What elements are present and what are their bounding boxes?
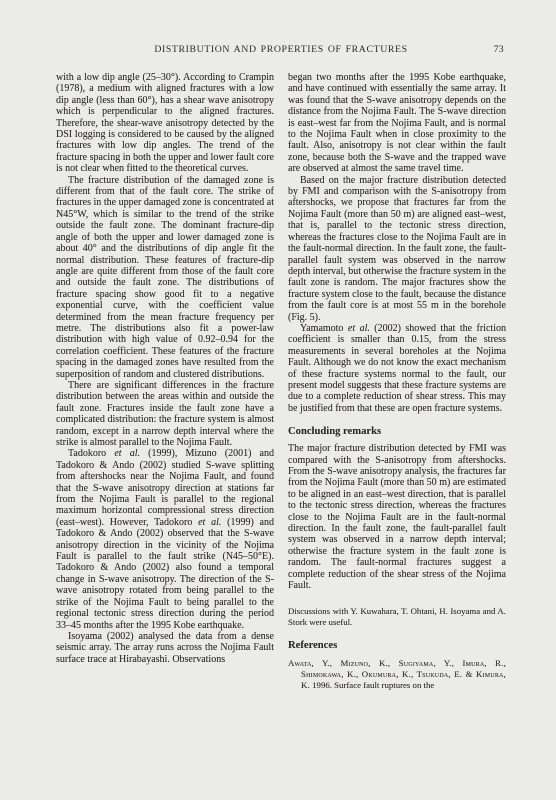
text-columns: with a low dip angle (25–30°). According… (56, 72, 506, 760)
acknowledgement-note: Discussions with Y. Kuwahara, T. Ohtani,… (288, 606, 506, 627)
body-paragraph: The fracture distribution of the damaged… (56, 175, 274, 380)
body-paragraph: with a low dip angle (25–30°). According… (56, 72, 274, 175)
body-paragraph: Isoyama (2002) analysed the data from a … (56, 631, 274, 665)
running-head: DISTRIBUTION AND PROPERTIES OF FRACTURES… (56, 44, 506, 58)
running-head-title: DISTRIBUTION AND PROPERTIES OF FRACTURES (56, 44, 506, 56)
right-column: began two months after the 1995 Kobe ear… (288, 72, 506, 760)
body-paragraph: Yamamoto et al. (2002) showed that the f… (288, 323, 506, 414)
body-paragraph: began two months after the 1995 Kobe ear… (288, 72, 506, 175)
body-paragraph: There are significant differences in the… (56, 380, 274, 448)
reference-entry: Awata, Y., Mizuno, K., Sugiyama, Y., Imu… (288, 658, 506, 690)
references-heading: References (288, 640, 506, 652)
reference-authors: Awata, Y., Mizuno, K., Sugiyama, Y., Imu… (288, 658, 506, 689)
body-paragraph: The major fracture distribution detected… (288, 443, 506, 591)
section-heading: Concluding remarks (288, 426, 506, 438)
page-number: 73 (494, 44, 504, 56)
document-page: DISTRIBUTION AND PROPERTIES OF FRACTURES… (0, 0, 556, 800)
left-column: with a low dip angle (25–30°). According… (56, 72, 274, 760)
body-paragraph: Tadokoro et al. (1999), Mizuno (2001) an… (56, 448, 274, 631)
body-paragraph: Based on the major fracture distribution… (288, 175, 506, 323)
